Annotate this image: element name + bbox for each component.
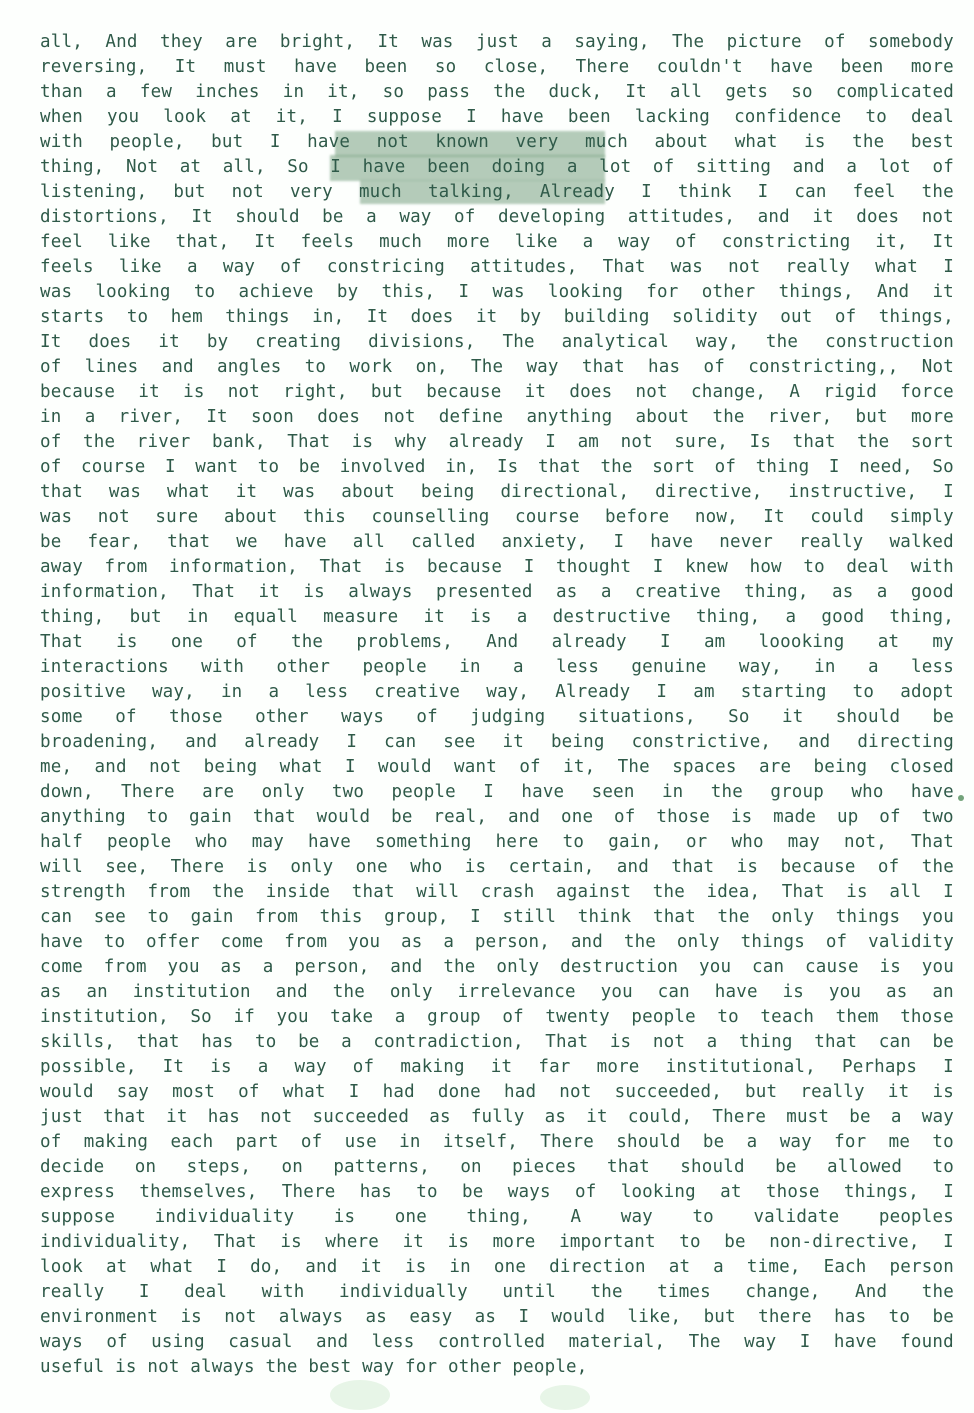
word: you bbox=[348, 930, 380, 955]
word: sort bbox=[652, 455, 695, 480]
word: people, bbox=[109, 130, 184, 155]
word: thing, bbox=[744, 580, 808, 605]
word: It bbox=[933, 230, 954, 255]
text-line: decideonsteps,onpatterns,onpiecesthatsho… bbox=[40, 1155, 954, 1180]
word: most bbox=[172, 1080, 215, 1105]
word: all, bbox=[40, 30, 83, 55]
word: me bbox=[889, 1130, 910, 1155]
word: you bbox=[699, 955, 731, 980]
word: knew bbox=[685, 555, 728, 580]
word: way, bbox=[696, 330, 739, 355]
word: a bbox=[258, 1055, 269, 1080]
word: of bbox=[236, 630, 257, 655]
word: am bbox=[704, 630, 725, 655]
word: the bbox=[443, 955, 475, 980]
word: steps, bbox=[187, 1155, 251, 1180]
word: to bbox=[127, 305, 148, 330]
word: be bbox=[322, 205, 343, 230]
word: I bbox=[349, 1080, 360, 1105]
text-line: information,Thatitisalwayspresentedasacr… bbox=[40, 580, 954, 605]
word: who bbox=[195, 830, 227, 855]
word: is bbox=[610, 1030, 631, 1055]
word: have bbox=[40, 930, 83, 955]
text-line: oftheriverbank,ThatiswhyalreadyIamnotsur… bbox=[40, 430, 954, 455]
word: less bbox=[372, 1330, 415, 1355]
word: attitudes, bbox=[470, 255, 577, 280]
word: from bbox=[147, 880, 190, 905]
text-line: ofcourseIwanttobeinvolvedin,Isthatthesor… bbox=[40, 455, 954, 480]
text-line: awayfrominformation,ThatisbecauseIthough… bbox=[40, 555, 954, 580]
text-line: environmentisnotalwaysaseasyasIwouldlike… bbox=[40, 1305, 954, 1330]
word: There bbox=[712, 1105, 766, 1130]
paper-mark bbox=[958, 795, 964, 801]
word: was bbox=[283, 480, 315, 505]
word: a bbox=[517, 605, 528, 630]
word: way bbox=[922, 1105, 954, 1130]
word: that bbox=[653, 905, 696, 930]
word: of bbox=[40, 1130, 61, 1155]
word: of bbox=[675, 230, 696, 255]
word: was bbox=[671, 255, 703, 280]
word: as bbox=[40, 980, 61, 1005]
word: closed bbox=[890, 755, 954, 780]
word: of bbox=[454, 205, 475, 230]
text-line: comefromyouasaperson,andtheonlydestructi… bbox=[40, 955, 954, 980]
text-line: feelslikeawayofconstricingattitudes,That… bbox=[40, 255, 954, 280]
word: and bbox=[390, 955, 422, 980]
word: time, bbox=[747, 1255, 801, 1280]
word: at bbox=[180, 155, 201, 180]
word: come bbox=[40, 955, 83, 980]
word: It bbox=[175, 55, 196, 80]
word: to bbox=[416, 1180, 437, 1205]
word: more bbox=[493, 1230, 536, 1255]
word: other bbox=[276, 655, 330, 680]
word: as bbox=[401, 930, 422, 955]
word: does bbox=[411, 305, 454, 330]
word: somebody bbox=[868, 30, 954, 55]
word: see bbox=[94, 905, 126, 930]
text-line: distortions,Itshouldbeawayofdevelopingat… bbox=[40, 205, 954, 230]
word: you bbox=[107, 105, 139, 130]
word: force bbox=[900, 380, 954, 405]
text-line: anythingtogainthatwouldbereal,andoneofth… bbox=[40, 805, 954, 830]
word: fear, bbox=[88, 530, 142, 555]
word: could bbox=[810, 505, 864, 530]
word: will bbox=[40, 855, 83, 880]
word: it, bbox=[875, 230, 907, 255]
word: building bbox=[564, 305, 650, 330]
word: making bbox=[84, 1130, 148, 1155]
word: not bbox=[728, 255, 760, 280]
word: couldn't bbox=[657, 55, 743, 80]
word: one bbox=[171, 630, 203, 655]
word: am bbox=[578, 430, 599, 455]
word: information, bbox=[40, 580, 169, 605]
word: lot bbox=[599, 155, 631, 180]
word: but bbox=[173, 180, 205, 205]
word: is bbox=[448, 1230, 469, 1255]
word: individually bbox=[339, 1280, 468, 1305]
word: anything bbox=[40, 805, 126, 830]
word: directive, bbox=[655, 480, 762, 505]
word: must bbox=[786, 1105, 829, 1130]
word: analytical bbox=[562, 330, 669, 355]
word: thing bbox=[739, 1030, 793, 1055]
word: from bbox=[255, 905, 298, 930]
word: to bbox=[717, 1005, 738, 1030]
text-line: waslookingtoachievebythis,Iwaslookingfor… bbox=[40, 280, 954, 305]
word: There bbox=[171, 855, 225, 880]
word: when bbox=[40, 105, 83, 130]
word: that bbox=[793, 430, 836, 455]
word: other bbox=[255, 705, 309, 730]
word: times bbox=[657, 1280, 711, 1305]
word: in bbox=[399, 1130, 420, 1155]
word: constricting,, bbox=[748, 355, 898, 380]
word: is bbox=[280, 1230, 301, 1255]
text-line: expressthemselves,Therehastobewaysoflook… bbox=[40, 1180, 954, 1205]
word: I bbox=[800, 1330, 811, 1355]
word: in, bbox=[312, 305, 344, 330]
word: have bbox=[834, 1330, 877, 1355]
word: does bbox=[317, 405, 360, 430]
word: being bbox=[551, 730, 605, 755]
text-line: willsee,Thereisonlyonewhoiscertain,andth… bbox=[40, 855, 954, 880]
word: be bbox=[299, 455, 320, 480]
word: way bbox=[399, 205, 431, 230]
word: gain, bbox=[608, 830, 662, 855]
word: be bbox=[932, 1305, 953, 1330]
word: more bbox=[911, 405, 954, 430]
word: to bbox=[258, 455, 279, 480]
word: It bbox=[377, 30, 398, 55]
word: are bbox=[759, 755, 791, 780]
text-line: ofmakingeachpartofuseinitself,Thereshoul… bbox=[40, 1130, 954, 1155]
word: the bbox=[653, 880, 685, 905]
word: have bbox=[521, 780, 564, 805]
text-line: oflinesandanglestoworkon,Thewaythathasof… bbox=[40, 355, 954, 380]
text-line: thing,Notatall,SoIhavebeendoingalotofsit… bbox=[40, 155, 954, 180]
word: those bbox=[766, 1180, 820, 1205]
word: I bbox=[270, 130, 281, 155]
word: A bbox=[570, 1205, 581, 1230]
word: who bbox=[731, 830, 763, 855]
word: where bbox=[325, 1230, 379, 1255]
word: ways bbox=[40, 1330, 83, 1355]
word: I bbox=[483, 780, 494, 805]
word: a bbox=[707, 1030, 718, 1055]
word: not bbox=[653, 1030, 685, 1055]
text-line: thing,butinequallmeasureitisadestructive… bbox=[40, 605, 954, 630]
word: my bbox=[932, 630, 953, 655]
word: counselling bbox=[371, 505, 489, 530]
word: come bbox=[221, 930, 264, 955]
word: way bbox=[618, 230, 650, 255]
word: thought bbox=[556, 555, 631, 580]
word: irrelevance bbox=[458, 980, 576, 1005]
word: are bbox=[225, 30, 257, 55]
word: That bbox=[192, 580, 235, 605]
word: could, bbox=[628, 1105, 692, 1130]
word: can bbox=[879, 1030, 911, 1055]
word: should bbox=[235, 205, 299, 230]
word: starting bbox=[741, 680, 827, 705]
word: because bbox=[427, 555, 502, 580]
word: been bbox=[841, 55, 884, 80]
word: now, bbox=[695, 505, 738, 530]
word: being bbox=[814, 755, 868, 780]
word: duck, bbox=[549, 80, 603, 105]
word: just bbox=[40, 1105, 83, 1130]
word: It bbox=[40, 330, 61, 355]
word: up bbox=[837, 805, 858, 830]
word: right, bbox=[283, 380, 347, 405]
word: to bbox=[255, 1030, 276, 1055]
word: rigid bbox=[823, 380, 877, 405]
word: of bbox=[502, 1005, 523, 1030]
word: I bbox=[216, 1255, 227, 1280]
word: than bbox=[40, 80, 83, 105]
word: I bbox=[345, 755, 356, 780]
word: more bbox=[911, 55, 954, 80]
word: the bbox=[852, 130, 884, 155]
word: say bbox=[117, 1080, 149, 1105]
word: have bbox=[308, 830, 351, 855]
word: it, bbox=[276, 105, 308, 130]
word: of bbox=[575, 1180, 596, 1205]
word: not bbox=[559, 1080, 591, 1105]
word: things bbox=[741, 930, 805, 955]
word: strength bbox=[40, 880, 126, 905]
word: reversing, bbox=[40, 55, 147, 80]
word: things, bbox=[779, 280, 854, 305]
word: it bbox=[812, 205, 833, 230]
word: the bbox=[83, 430, 115, 455]
word: because bbox=[426, 380, 501, 405]
word: I bbox=[641, 180, 652, 205]
word: should bbox=[680, 1155, 744, 1180]
word: thing, bbox=[40, 155, 104, 180]
word: I bbox=[613, 530, 624, 555]
word: way, bbox=[486, 680, 529, 705]
word: spaces bbox=[672, 755, 736, 780]
word: angles bbox=[217, 355, 281, 380]
word: work bbox=[349, 355, 392, 380]
word: already bbox=[244, 730, 319, 755]
word: what bbox=[283, 1080, 326, 1105]
word: deal bbox=[911, 105, 954, 130]
word: have bbox=[911, 780, 954, 805]
word: to bbox=[932, 1155, 953, 1180]
word: made bbox=[773, 805, 816, 830]
word: of bbox=[106, 1330, 127, 1355]
word: things bbox=[836, 905, 900, 930]
word: has bbox=[201, 1030, 233, 1055]
word: see, bbox=[105, 855, 148, 880]
word: There bbox=[540, 1130, 594, 1155]
word: it bbox=[525, 380, 546, 405]
text-line: justthatithasnotsucceededasfullyasitcoul… bbox=[40, 1105, 954, 1130]
word: if bbox=[233, 1005, 254, 1030]
word: feel bbox=[40, 230, 83, 255]
word: of bbox=[826, 930, 847, 955]
word: problems, bbox=[356, 630, 453, 655]
word: have bbox=[715, 980, 758, 1005]
word: being bbox=[421, 480, 475, 505]
word: the bbox=[600, 455, 632, 480]
word: the bbox=[922, 1280, 954, 1305]
word: would bbox=[317, 805, 371, 830]
paper-smudge bbox=[330, 1380, 390, 1410]
word: talking, bbox=[428, 180, 514, 205]
word: here bbox=[496, 830, 539, 855]
word: about bbox=[224, 505, 278, 530]
word: as bbox=[556, 580, 577, 605]
word: that bbox=[538, 455, 581, 480]
text-line: all,Andtheyarebright,Itwasjustasaying,Th… bbox=[40, 30, 954, 55]
word: institution bbox=[133, 980, 251, 1005]
word: at bbox=[230, 105, 251, 130]
word: controlled bbox=[438, 1330, 545, 1355]
word: one bbox=[395, 1205, 427, 1230]
word: an bbox=[86, 980, 107, 1005]
word: not bbox=[636, 380, 668, 405]
word: been bbox=[365, 55, 408, 80]
word: The bbox=[689, 1330, 721, 1355]
word: or bbox=[686, 830, 707, 855]
word: so bbox=[435, 55, 456, 80]
word: it bbox=[888, 1080, 909, 1105]
word: really bbox=[800, 1080, 864, 1105]
word: patterns, bbox=[333, 1155, 430, 1180]
word: that bbox=[40, 480, 83, 505]
word: constricting bbox=[722, 230, 851, 255]
word: gain bbox=[191, 905, 234, 930]
word: of bbox=[280, 255, 301, 280]
word: had bbox=[383, 1080, 415, 1105]
word: individuality bbox=[155, 1205, 295, 1230]
word: a bbox=[583, 230, 594, 255]
word: inches bbox=[195, 80, 259, 105]
word: until bbox=[502, 1280, 556, 1305]
word: the bbox=[212, 880, 244, 905]
word: all bbox=[670, 80, 702, 105]
word: and bbox=[305, 1255, 337, 1280]
word: have bbox=[650, 530, 693, 555]
word: a bbox=[106, 80, 117, 105]
word: can bbox=[384, 730, 416, 755]
text-line: withpeople,butIhavenotknownverymuchabout… bbox=[40, 130, 954, 155]
word: by bbox=[207, 330, 228, 355]
word: and bbox=[798, 730, 830, 755]
text-line: supposeindividualityisonething,Awaytoval… bbox=[40, 1205, 954, 1230]
word: I bbox=[459, 280, 470, 305]
word: fully bbox=[471, 1105, 525, 1130]
word: those bbox=[169, 705, 223, 730]
word: Each bbox=[824, 1255, 867, 1280]
word: a bbox=[601, 580, 612, 605]
word: twenty bbox=[545, 1005, 609, 1030]
word: less bbox=[911, 655, 954, 680]
word: sure, bbox=[674, 430, 728, 455]
word: have bbox=[307, 130, 350, 155]
word: was bbox=[40, 505, 72, 530]
word: A bbox=[789, 380, 800, 405]
word: one bbox=[356, 855, 388, 880]
word: much bbox=[379, 230, 422, 255]
word: gain bbox=[189, 805, 232, 830]
word: validate bbox=[753, 1205, 839, 1230]
word: I bbox=[656, 680, 667, 705]
word: not bbox=[621, 430, 653, 455]
word: in bbox=[662, 780, 683, 805]
text-line: startstohemthingsin,Itdoesitbybuildingso… bbox=[40, 305, 954, 330]
word: things, bbox=[879, 305, 954, 330]
word: is bbox=[116, 630, 137, 655]
word: is bbox=[180, 1305, 201, 1330]
word: look bbox=[40, 1255, 83, 1280]
word: river, bbox=[119, 405, 183, 430]
text-line: broadening,andalreadyIcanseeitbeingconst… bbox=[40, 730, 954, 755]
word: way bbox=[223, 255, 255, 280]
word: that bbox=[137, 1030, 180, 1055]
word: more bbox=[447, 230, 490, 255]
word: by bbox=[520, 305, 541, 330]
word: with bbox=[201, 655, 244, 680]
word: possible, bbox=[40, 1055, 137, 1080]
word: for bbox=[646, 280, 678, 305]
word: just bbox=[476, 30, 519, 55]
word: achieve bbox=[239, 280, 314, 305]
word: the bbox=[766, 330, 798, 355]
word: but bbox=[745, 1080, 777, 1105]
word: construction bbox=[825, 330, 954, 355]
word: important bbox=[559, 1230, 656, 1255]
word: a bbox=[268, 680, 279, 705]
word: That bbox=[603, 255, 646, 280]
word: of bbox=[238, 1080, 259, 1105]
word: positive bbox=[40, 680, 126, 705]
word: good bbox=[821, 605, 864, 630]
word: can bbox=[40, 905, 72, 930]
word: only bbox=[771, 905, 814, 930]
word: thing bbox=[756, 455, 810, 480]
word: feels bbox=[301, 230, 355, 255]
word: So bbox=[728, 705, 749, 730]
word: to bbox=[563, 830, 584, 855]
word: be bbox=[298, 1030, 319, 1055]
word: Not bbox=[126, 155, 158, 180]
word: can bbox=[752, 955, 784, 980]
word: be bbox=[724, 1230, 745, 1255]
word: always bbox=[279, 1305, 343, 1330]
word: environment bbox=[40, 1305, 158, 1330]
word: be bbox=[703, 1130, 724, 1155]
word: I bbox=[943, 1230, 954, 1255]
word: broadening, bbox=[40, 730, 158, 755]
word: I bbox=[518, 1305, 529, 1330]
word: in bbox=[814, 655, 835, 680]
word: those bbox=[656, 805, 710, 830]
word: I bbox=[332, 105, 343, 130]
word: because bbox=[40, 380, 115, 405]
word: being bbox=[204, 755, 258, 780]
word: walked bbox=[889, 530, 953, 555]
text-line: halfpeoplewhomayhavesomethingheretogain,… bbox=[40, 830, 954, 855]
word: and bbox=[95, 755, 127, 780]
word: in bbox=[187, 605, 208, 630]
